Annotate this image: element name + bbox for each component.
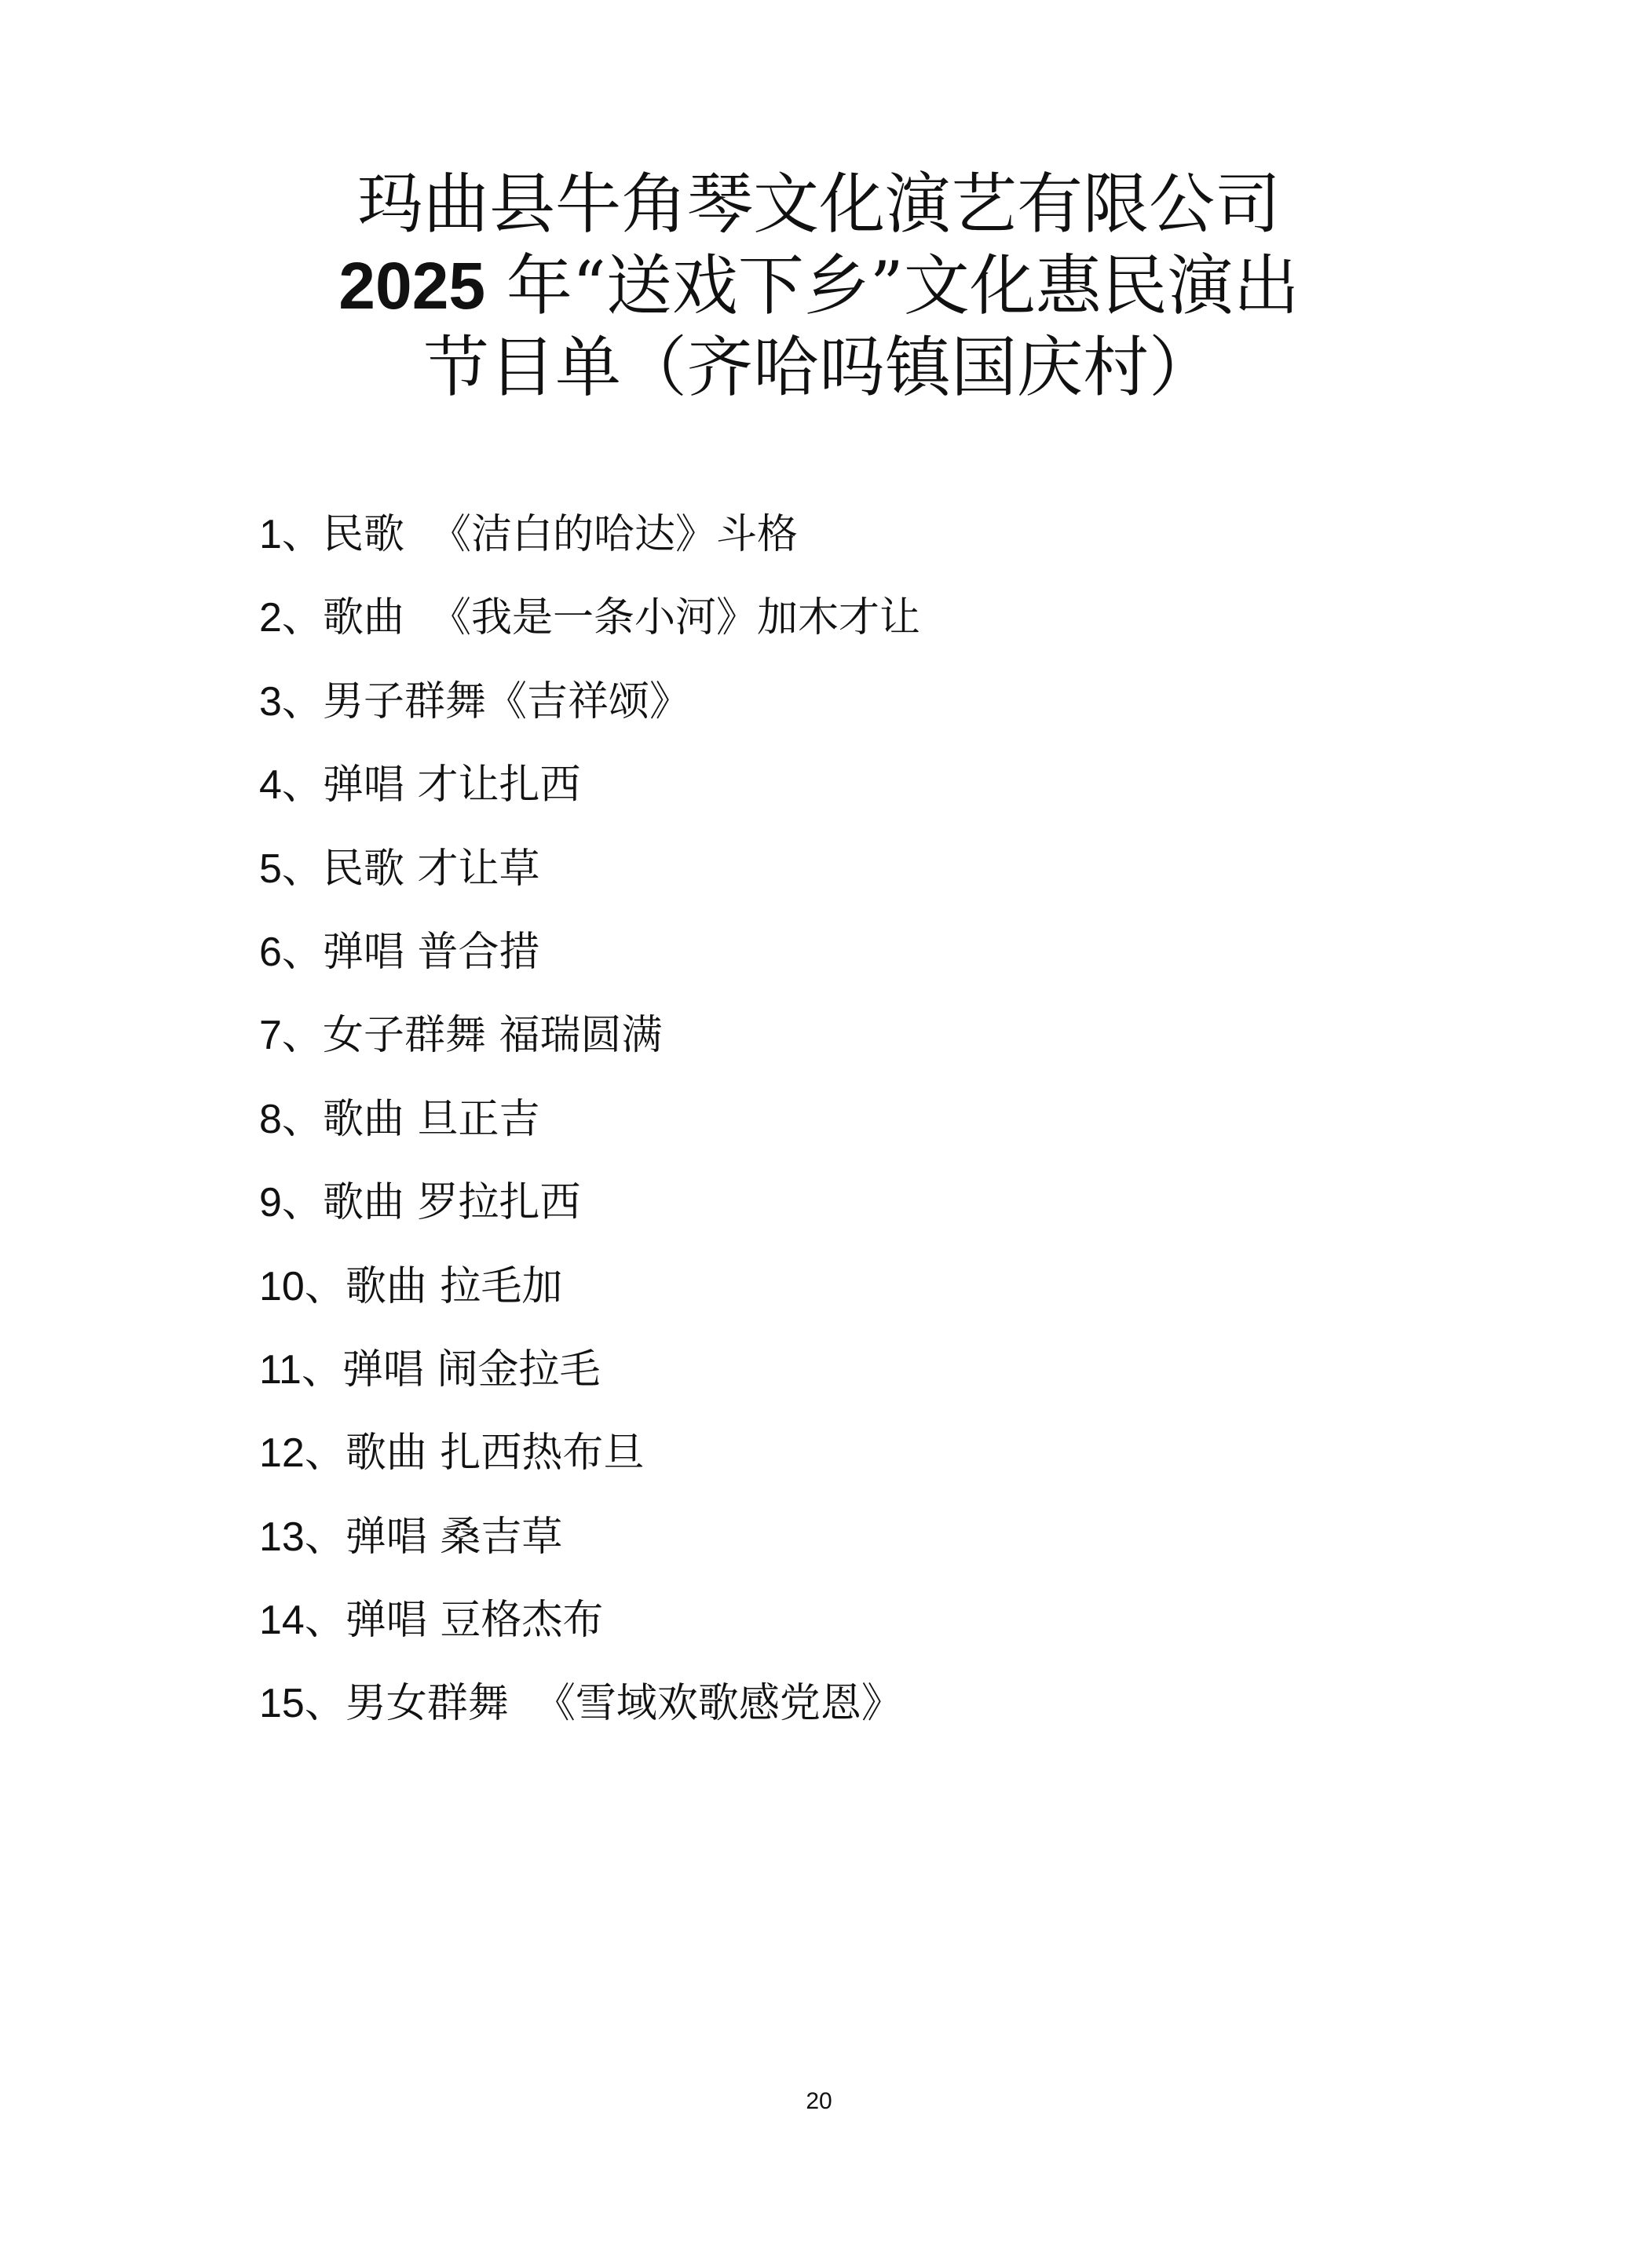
program-item: 13、弹唱 桑吉草 xyxy=(259,1496,920,1579)
program-item: 7、女子群舞 福瑞圆满 xyxy=(259,994,920,1077)
program-item: 5、民歌 才让草 xyxy=(259,827,920,911)
program-item: 3、男子群舞《吉祥颂》 xyxy=(259,660,920,743)
title-event: 2025 年“送戏下乡”文化惠民演出 xyxy=(0,245,1638,327)
program-item: 1、民歌 《洁白的哈达》斗格 xyxy=(259,493,920,576)
title-company: 玛曲县牛角琴文化演艺有限公司 xyxy=(0,163,1638,245)
document-title: 玛曲县牛角琴文化演艺有限公司 2025 年“送戏下乡”文化惠民演出 节目单（齐哈… xyxy=(0,163,1638,408)
program-item: 12、歌曲 扎西热布旦 xyxy=(259,1412,920,1495)
program-item: 15、男女群舞 《雪域欢歌感党恩》 xyxy=(259,1662,920,1745)
program-item: 8、歌曲 旦正吉 xyxy=(259,1078,920,1161)
document-page: 玛曲县牛角琴文化演艺有限公司 2025 年“送戏下乡”文化惠民演出 节目单（齐哈… xyxy=(0,0,1638,2268)
program-list: 1、民歌 《洁白的哈达》斗格 2、歌曲 《我是一条小河》加木才让 3、男子群舞《… xyxy=(259,493,920,1746)
program-item: 6、弹唱 普合措 xyxy=(259,911,920,994)
program-item: 2、歌曲 《我是一条小河》加木才让 xyxy=(259,576,920,659)
program-item: 14、弹唱 豆格杰布 xyxy=(259,1579,920,1662)
program-item: 10、歌曲 拉毛加 xyxy=(259,1245,920,1328)
title-program-location: 节目单（齐哈吗镇国庆村） xyxy=(0,327,1638,408)
program-item: 4、弹唱 才让扎西 xyxy=(259,743,920,827)
program-item: 9、歌曲 罗拉扎西 xyxy=(259,1161,920,1244)
title-event-text: 年“送戏下乡”文化惠民演出 xyxy=(485,247,1300,324)
page-number: 20 xyxy=(0,2088,1638,2115)
program-item: 11、弹唱 闹金拉毛 xyxy=(259,1328,920,1412)
title-year: 2025 xyxy=(338,249,485,323)
